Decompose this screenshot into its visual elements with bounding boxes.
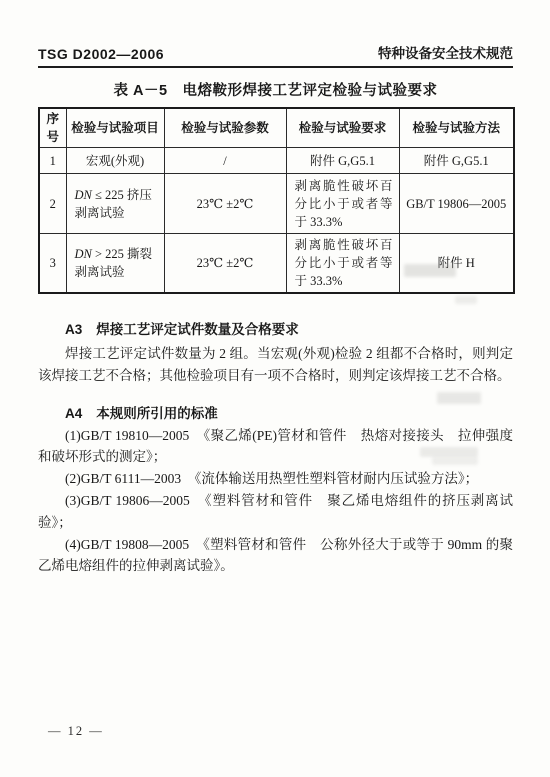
section-a4-heading: A4本规则所引用的标准 [38, 403, 513, 424]
requirements-table: 序号 检验与试验项目 检验与试验参数 检验与试验要求 检验与试验方法 1 宏观(… [38, 107, 515, 294]
cell-param: 23℃ ±2℃ [164, 174, 286, 234]
cell-item: DN ≤ 225 挤压剥离试验 [66, 174, 164, 234]
table-row: 3 DN > 225 撕裂剥离试验 23℃ ±2℃ 剥离脆性破坏百分比小于或者等… [39, 234, 514, 294]
cell-param: / [164, 148, 286, 174]
table-row: 2 DN ≤ 225 挤压剥离试验 23℃ ±2℃ 剥离脆性破坏百分比小于或者等… [39, 174, 514, 234]
section-a3-body: 焊接工艺评定试件数量为 2 组。当宏观(外观)检验 2 组都不合格时，则判定该焊… [38, 343, 513, 386]
dn-symbol: DN [75, 188, 92, 202]
doc-spec-title: 特种设备安全技术规范 [378, 42, 513, 62]
cell-no: 1 [39, 148, 66, 174]
document-page: TSG D2002—2006 特种设备安全技术规范 表 A－5 电熔鞍形焊接工艺… [0, 0, 550, 777]
cell-no: 2 [39, 174, 66, 234]
cell-requirement: 剥离脆性破坏百分比小于或者等于 33.3% [286, 174, 399, 234]
cell-method: 附件 H [399, 234, 514, 294]
doc-code: TSG D2002—2006 [38, 46, 164, 62]
col-header-no: 序号 [39, 108, 66, 148]
col-header-param: 检验与试验参数 [164, 108, 286, 148]
page-header: TSG D2002—2006 特种设备安全技术规范 [38, 42, 513, 68]
table-row: 1 宏观(外观) / 附件 G,G5.1 附件 G,G5.1 [39, 148, 514, 174]
reference-item: (2)GB/T 6111—2003 《流体输送用热塑性塑料管材耐内压试验方法》； [38, 468, 513, 490]
cell-requirement: 剥离脆性破坏百分比小于或者等于 33.3% [286, 234, 399, 294]
scan-artifact [455, 296, 477, 304]
col-header-requirement: 检验与试验要求 [286, 108, 399, 148]
cell-method: GB/T 19806—2005 [399, 174, 514, 234]
cell-no: 3 [39, 234, 66, 294]
cell-item: 宏观(外观) [66, 148, 164, 174]
page-number: — 12 — [48, 724, 104, 739]
reference-item: (3)GB/T 19806—2005 《塑料管材和管件 聚乙烯电熔组件的挤压剥离… [38, 490, 513, 533]
col-header-method: 检验与试验方法 [399, 108, 514, 148]
table-header-row: 序号 检验与试验项目 检验与试验参数 检验与试验要求 检验与试验方法 [39, 108, 514, 148]
col-header-item: 检验与试验项目 [66, 108, 164, 148]
section-a4-title: 本规则所引用的标准 [96, 406, 218, 421]
reference-item: (4)GB/T 19808—2005 《塑料管材和管件 公称外径大于或等于 90… [38, 534, 513, 577]
reference-item: (1)GB/T 19810—2005 《聚乙烯(PE)管材和管件 热熔对接接头 … [38, 425, 513, 468]
section-a4-number: A4 [65, 406, 82, 421]
cell-method: 附件 G,G5.1 [399, 148, 514, 174]
section-a3-title: 焊接工艺评定试件数量及合格要求 [96, 322, 299, 337]
table-title: 表 A－5 电熔鞍形焊接工艺评定检验与试验要求 [38, 79, 513, 100]
cell-requirement: 附件 G,G5.1 [286, 148, 399, 174]
dn-symbol: DN [75, 247, 92, 261]
section-a3-number: A3 [65, 322, 82, 337]
cell-item: DN > 225 撕裂剥离试验 [66, 234, 164, 294]
cell-param: 23℃ ±2℃ [164, 234, 286, 294]
section-a3-heading: A3焊接工艺评定试件数量及合格要求 [38, 319, 513, 340]
